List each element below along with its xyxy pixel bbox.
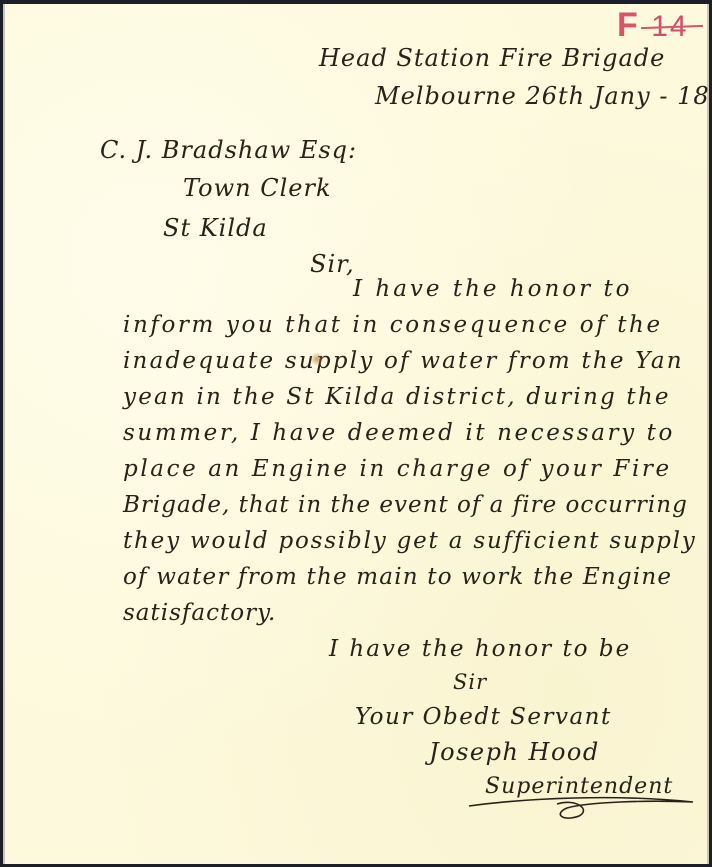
recipient-title: Town Clerk	[183, 174, 331, 202]
header-date: Melbourne 26th Jany - 1867	[375, 82, 712, 110]
closing-line: I have the honor to be	[329, 636, 631, 662]
body-line-2: inform you that in consequence of the	[123, 312, 663, 338]
recipient-place: St Kilda	[163, 214, 268, 242]
closing-sir: Sir	[453, 670, 487, 694]
closing-servant: Your Obedt Servant	[355, 704, 612, 730]
salutation: Sir,	[310, 250, 355, 278]
archive-mark-prefix: F	[617, 6, 640, 44]
body-line-10: satisfactory.	[123, 600, 276, 626]
body-line-7: Brigade, that in the event of a fire occ…	[123, 492, 688, 518]
body-line-6: place an Engine in charge of your Fire	[123, 456, 672, 482]
paper-stain	[310, 352, 324, 366]
recipient-name: C. J. Bradshaw Esq:	[100, 136, 357, 164]
body-line-8: they would possibly get a sufficient sup…	[123, 528, 697, 554]
body-line-9: of water from the main to work the Engin…	[123, 564, 672, 590]
body-line-3: inadequate supply of water from the Yan	[123, 348, 684, 374]
body-line-5: summer, I have deemed it necessary to	[123, 420, 675, 446]
header-location: Head Station Fire Brigade	[319, 44, 665, 72]
signature-name: Joseph Hood	[429, 738, 600, 766]
body-line-1: I have the honor to	[353, 276, 633, 302]
signature-flourish	[467, 784, 697, 824]
body-line-4: yean in the St Kilda district, during th…	[123, 384, 671, 410]
letter-page: F 14 Head Station Fire Brigade Melbourne…	[3, 4, 709, 864]
